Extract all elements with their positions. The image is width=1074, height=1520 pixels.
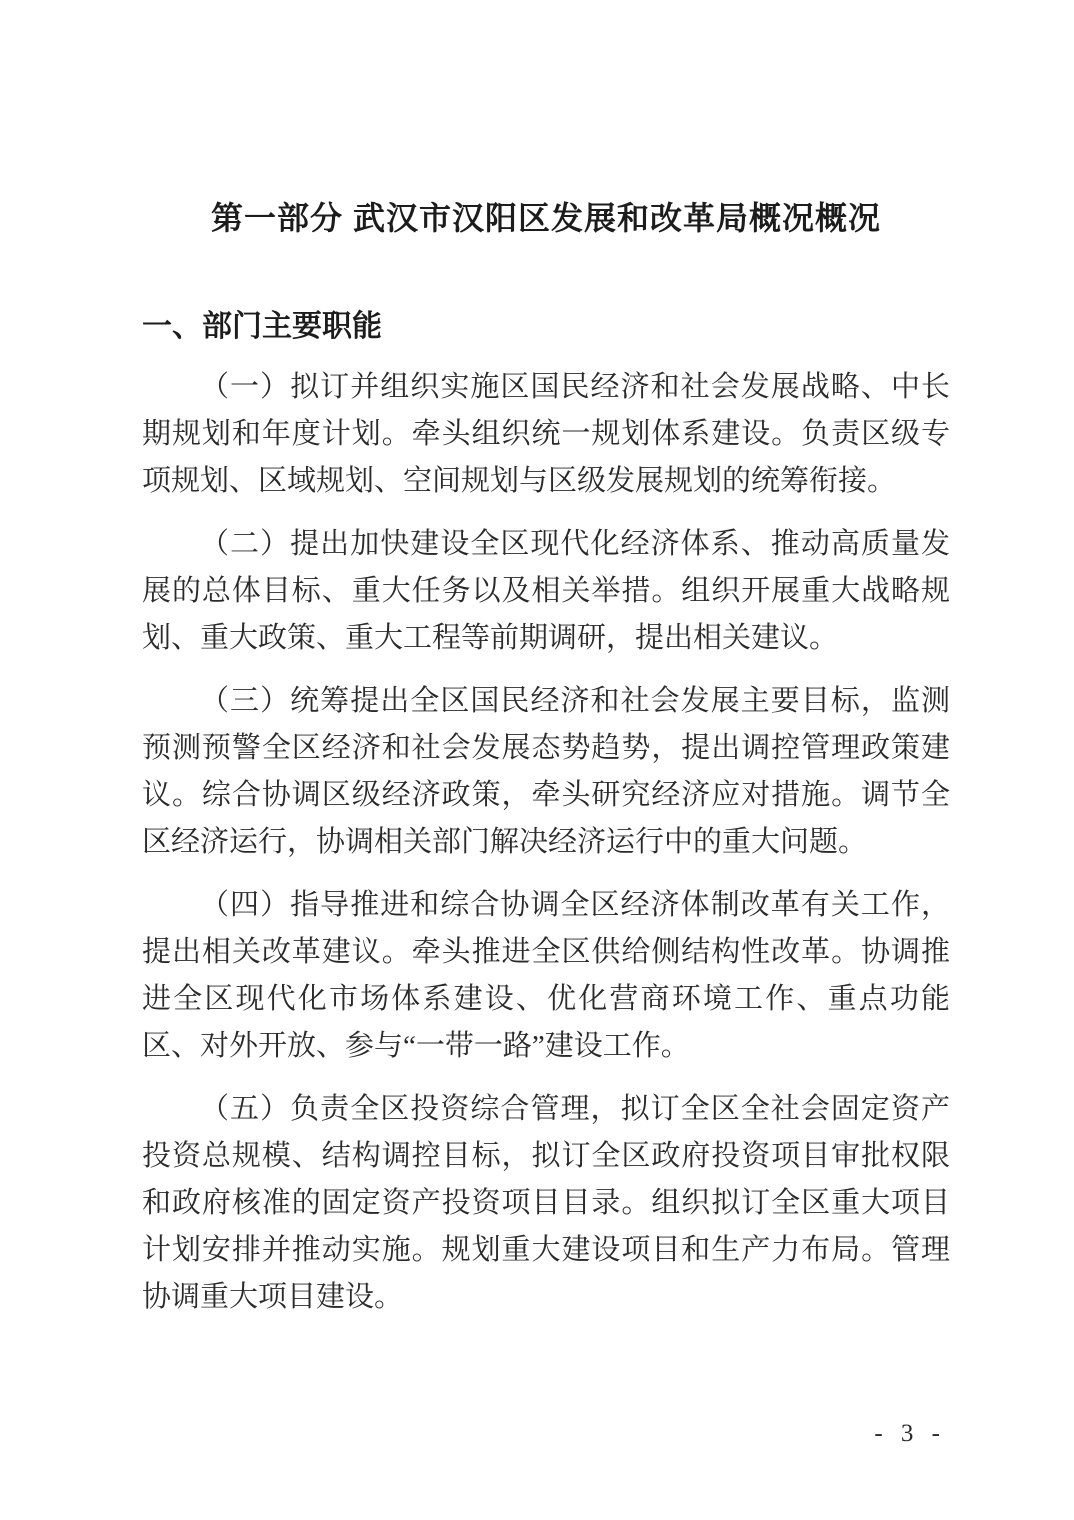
document-page: 第一部分 武汉市汉阳区发展和改革局概况概况 一、部门主要职能 （一）拟订并组织实… (0, 0, 1074, 1520)
body-paragraph-2: （二）提出加快建设全区现代化经济体系、推动高质量发展的总体目标、重大任务以及相关… (142, 521, 950, 662)
section-heading: 一、部门主要职能 (142, 306, 950, 348)
body-paragraph-1: （一）拟订并组织实施区国民经济和社会发展战略、中长期规划和年度计划。牵头组织统一… (142, 364, 950, 505)
body-paragraph-3: （三）统筹提出全区国民经济和社会发展主要目标，监测预测预警全区经济和社会发展态势… (142, 678, 950, 866)
page-number: - 3 - (874, 1420, 946, 1448)
body-paragraph-4: （四）指导推进和综合协调全区经济体制改革有关工作，提出相关改革建议。牵头推进全区… (142, 882, 950, 1070)
document-title: 第一部分 武汉市汉阳区发展和改革局概况概况 (142, 0, 950, 240)
document-body: 第一部分 武汉市汉阳区发展和改革局概况概况 一、部门主要职能 （一）拟订并组织实… (142, 0, 950, 1321)
body-paragraph-5: （五）负责全区投资综合管理，拟订全区全社会固定资产投资总规模、结构调控目标，拟订… (142, 1086, 950, 1321)
